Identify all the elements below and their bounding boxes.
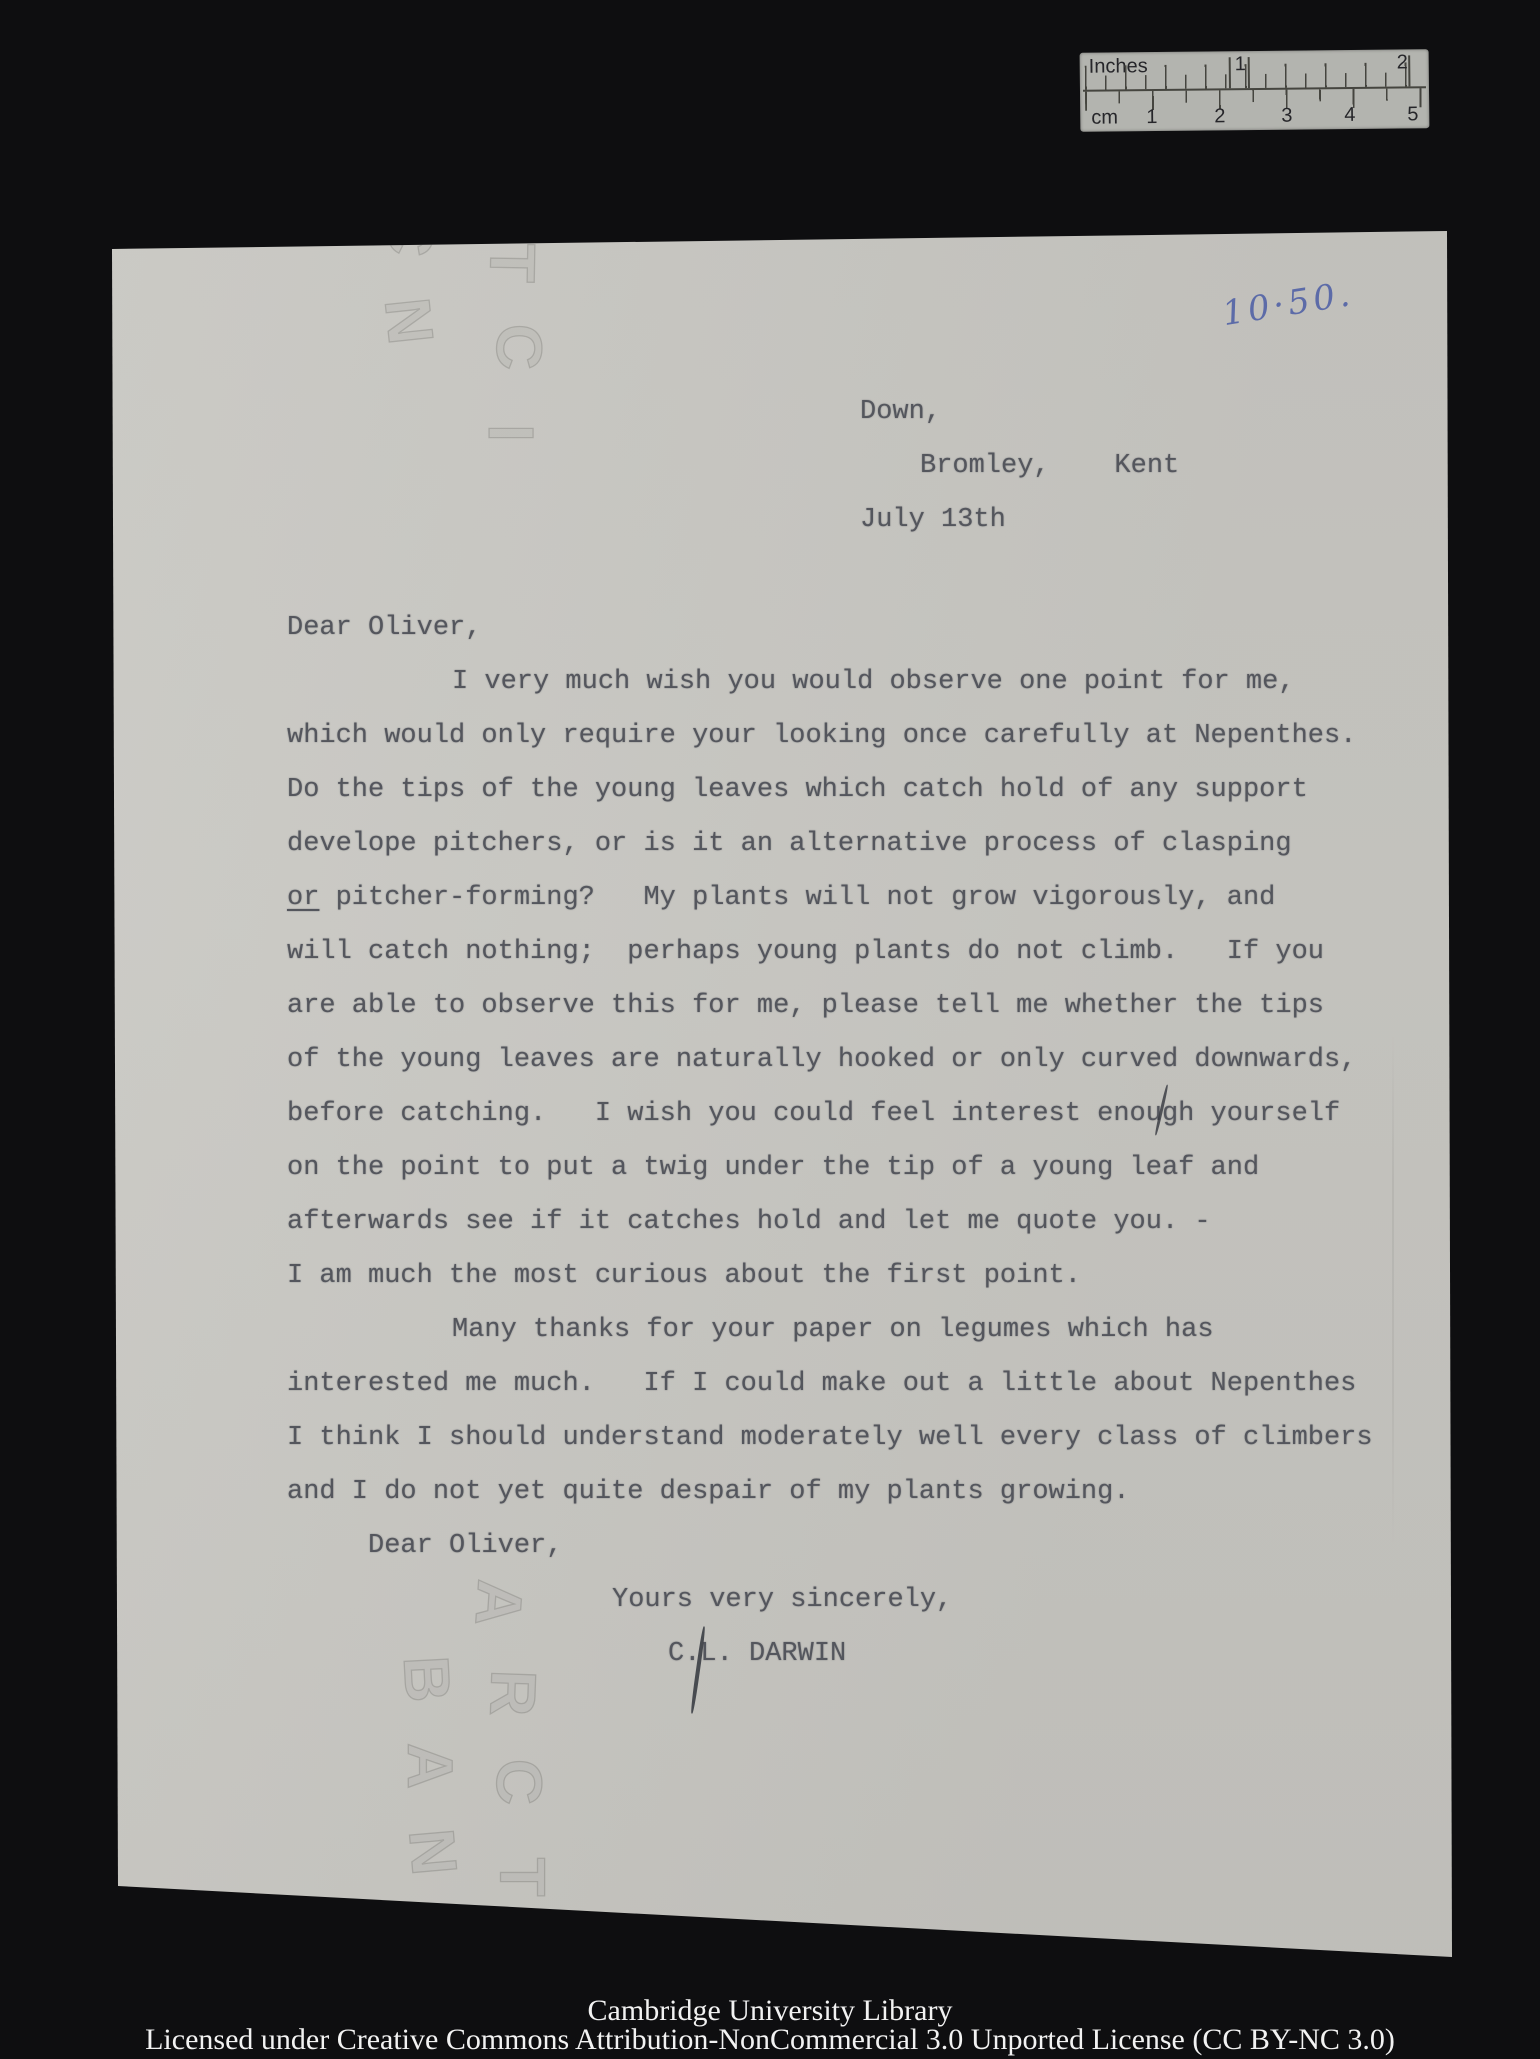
paper-crease [1392, 1030, 1394, 1550]
letter-line: will catch nothing; perhaps young plants… [287, 937, 1324, 967]
ruler-inch-numbers: 12 [1080, 49, 1429, 53]
caption-institution: Cambridge University Library [0, 1996, 1540, 2025]
letter-line: C.L. DARWIN [668, 1639, 846, 1669]
handwritten-annotation: 10·50. [1220, 274, 1357, 334]
letter-line: interested me much. If I could make out … [287, 1369, 1356, 1399]
letter-line: Do the tips of the young leaves which ca… [287, 775, 1308, 805]
watermark-letter: I [474, 424, 548, 442]
caption: Cambridge University Library Licensed un… [0, 1996, 1540, 2055]
letter-line: I am much the most curious about the fir… [287, 1261, 1081, 1291]
watermark-letter: C [482, 324, 556, 370]
ruler-inch-ticks [1085, 55, 1425, 90]
letter-line: are able to observe this for me, please … [287, 991, 1324, 1021]
watermark-letter: C [372, 206, 450, 260]
letter-line: on the point to put a twig under the tip… [287, 1153, 1259, 1183]
watermark-letter: T [486, 1857, 560, 1896]
watermark-letter: B [389, 1654, 465, 1704]
scale-ruler: Inches cm 12 12345 [1080, 49, 1430, 132]
ruler-cm-number: 3 [1281, 105, 1292, 128]
ruler-cm-number: 5 [1407, 103, 1418, 126]
letter-line: Dear Oliver, [368, 1531, 562, 1561]
letter-line: July 13th [860, 505, 1006, 535]
letter-line: Down, [860, 397, 941, 427]
watermark-letter: N [394, 1826, 472, 1878]
letter-line: Yours very sincerely, [612, 1585, 952, 1615]
watermark-letter: C [482, 1759, 556, 1805]
letter-line: Dear Oliver, [287, 613, 481, 643]
letter-line: I very much wish you would observe one p… [452, 667, 1295, 697]
ruler-inch-number: 2 [1397, 51, 1408, 74]
letter-line: Many thanks for your paper on legumes wh… [452, 1315, 1214, 1345]
letter-line: of the young leaves are naturally hooked… [287, 1045, 1356, 1075]
letter-page: CTNCIABRACNT 10·50. Down,Bromley, KentJu… [0, 0, 1540, 2059]
watermark-letter: R [475, 1669, 551, 1718]
ruler-cm-numbers: 12345 [1080, 49, 1429, 53]
watermark-letter: T [475, 243, 550, 283]
letter-line: which would only require your looking on… [287, 721, 1356, 751]
ruler-cm-ticks [1085, 88, 1425, 111]
watermark-letter: A [461, 1577, 538, 1628]
ruler-inch-number: 1 [1235, 53, 1246, 76]
watermark-letter: A [393, 1743, 467, 1789]
letter-line: I think I should understand moderately w… [287, 1423, 1373, 1453]
letter-line: develope pitchers, or is it an alternati… [287, 829, 1292, 859]
ruler-cm-number: 1 [1146, 106, 1157, 129]
letter-line: or pitcher-forming? My plants will not g… [287, 883, 1275, 913]
letter-line: and I do not yet quite despair of my pla… [287, 1477, 1130, 1507]
letter-line: afterwards see if it catches hold and le… [287, 1207, 1211, 1237]
watermark-letter: N [370, 294, 448, 348]
letter-line: before catching. I wish you could feel i… [287, 1099, 1340, 1129]
ruler-cm-number: 2 [1214, 105, 1225, 128]
caption-license: Licensed under Creative Commons Attribut… [0, 2025, 1540, 2055]
ruler-cm-number: 4 [1344, 104, 1355, 127]
letter-line: Bromley, Kent [920, 451, 1179, 481]
